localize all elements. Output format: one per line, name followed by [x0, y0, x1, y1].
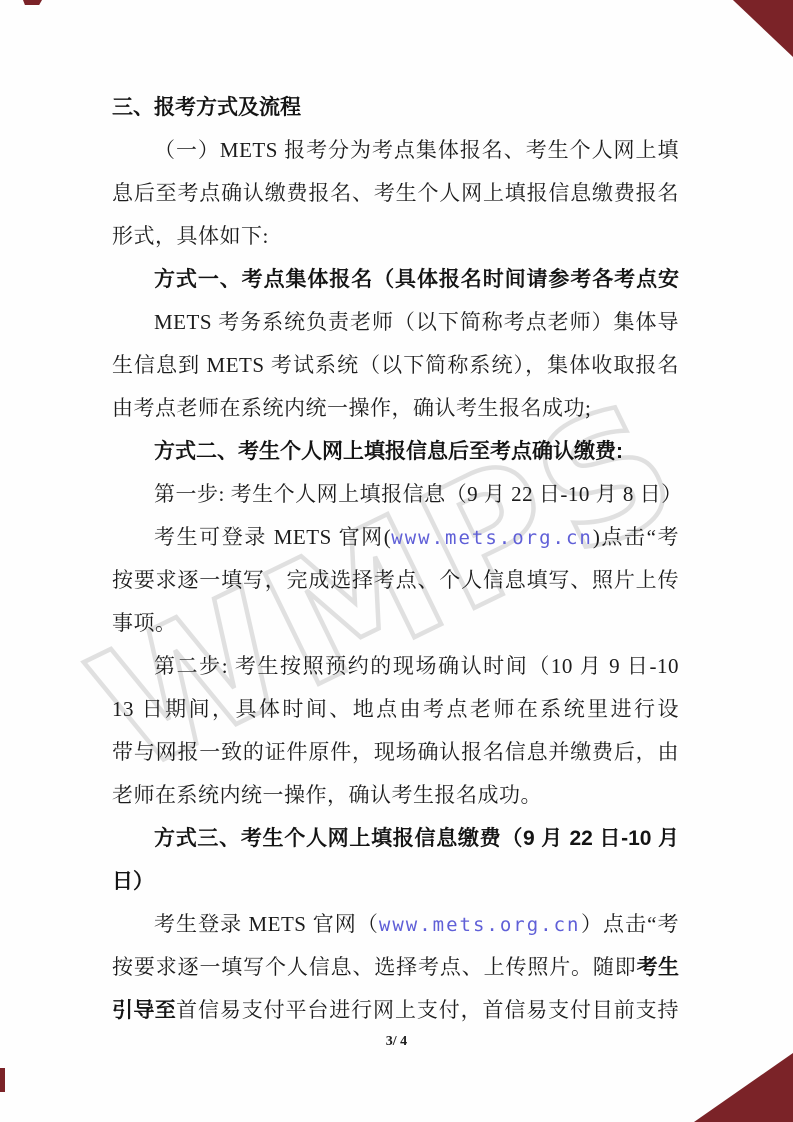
scan-artifact-top-left: [23, 0, 42, 5]
scan-artifact-top-right: [716, 0, 793, 57]
text-segment: 形式，具体如下:: [112, 224, 269, 248]
text-line: 老师在系统内统一操作，确认考生报名成功。: [112, 774, 679, 817]
text-line: 13 日期间，具体时间、地点由考点老师在系统里进行设置），携: [112, 688, 679, 731]
text-line: 方式二、考生个人网上填报信息后至考点确认缴费:: [112, 430, 679, 473]
text-segment: 息后至考点确认缴费报名、考生个人网上填报信息缴费报名三种: [112, 181, 679, 215]
text-line: 带与网报一致的证件原件，现场确认报名信息并缴费后，由考点: [112, 731, 679, 774]
document-page: WMPS 三、报考方式及流程（一）METS 报考分为考点集体报名、考生个人网上填…: [0, 0, 793, 1122]
mets-website-link[interactable]: www.mets.org.cn: [379, 914, 581, 936]
text-segment: 老师在系统内统一操作，确认考生报名成功。: [112, 783, 542, 807]
text-segment: 13 日期间，具体时间、地点由考点老师在系统里进行设置），携: [112, 697, 679, 731]
text-segment: 首信易支付平台进行网上支付，首信易支付目前支持银行: [112, 998, 679, 1032]
bold-text-segment: 方式二、考生个人网上填报信息后至考点确认缴费:: [154, 440, 623, 463]
bold-text-segment: 方式三、考生个人网上填报信息缴费（9 月 22 日-10 月 13: [154, 827, 679, 860]
text-line: 方式一、考点集体报名（具体报名时间请参考各考点安排）:: [112, 258, 679, 301]
text-segment: 由考点老师在系统内统一操作，确认考生报名成功;: [112, 396, 591, 420]
scan-artifact-bottom-right: [694, 1053, 793, 1122]
text-segment: 考生可登录 METS 官网(: [154, 525, 391, 549]
text-line: 按要求逐一填写，完成选择考点、个人信息填写、照片上传等: [112, 559, 679, 602]
text-line: 按要求逐一填写个人信息、选择考点、上传照片。随即考生将被: [112, 946, 679, 989]
scan-artifact-left-edge: [0, 1068, 5, 1092]
text-segment: 第二步: 考生按照预约的现场确认时间（10 月 9 日-10 月: [154, 654, 679, 688]
text-line: 息后至考点确认缴费报名、考生个人网上填报信息缴费报名三种: [112, 172, 679, 215]
text-line: 方式三、考生个人网上填报信息缴费（9 月 22 日-10 月 13: [112, 817, 679, 860]
text-segment: 按要求逐一填写个人信息、选择考点、上传照片。随即: [112, 955, 637, 979]
bold-text-segment: 三、报考方式及流程: [112, 96, 301, 119]
text-segment: 生信息到 METS 考试系统（以下简称系统），集体收取报名费后，: [112, 353, 679, 387]
text-line: METS 考务系统负责老师（以下简称考点老师）集体导入考: [112, 301, 679, 344]
text-segment: 事项。: [112, 611, 177, 635]
text-segment: METS 考务系统负责老师（以下简称考点老师）集体导入考: [154, 310, 679, 344]
text-segment: 带与网报一致的证件原件，现场确认报名信息并缴费后，由考点: [112, 740, 679, 774]
text-line: （一）METS 报考分为考点集体报名、考生个人网上填报信: [112, 129, 679, 172]
text-segment: （一）METS 报考分为考点集体报名、考生个人网上填报信: [154, 138, 679, 172]
bold-text-segment: 方式一、考点集体报名（具体报名时间请参考各考点安排）:: [154, 268, 679, 301]
text-segment: 第一步: 考生个人网上填报信息（9 月 22 日-10 月 8 日）: [154, 482, 683, 506]
text-line: 引导至首信易支付平台进行网上支付，首信易支付目前支持银行: [112, 989, 679, 1032]
text-line: 事项。: [112, 602, 679, 645]
text-line: 考生登录 METS 官网（www.mets.org.cn）点击“考试报名”，: [112, 903, 679, 946]
text-line: 三、报考方式及流程: [112, 86, 679, 129]
text-line: 日）: [112, 860, 679, 903]
text-line: 形式，具体如下:: [112, 215, 679, 258]
document-lines: 三、报考方式及流程（一）METS 报考分为考点集体报名、考生个人网上填报信息后至…: [112, 86, 679, 1032]
text-segment: 按要求逐一填写，完成选择考点、个人信息填写、照片上传等: [112, 568, 679, 602]
mets-website-link[interactable]: www.mets.org.cn: [391, 527, 593, 549]
text-line: 由考点老师在系统内统一操作，确认考生报名成功;: [112, 387, 679, 430]
bold-text-segment: 日）: [112, 870, 154, 893]
text-line: 考生可登录 METS 官网(www.mets.org.cn)点击“考试报名”，: [112, 516, 679, 559]
text-line: 第二步: 考生按照预约的现场确认时间（10 月 9 日-10 月: [112, 645, 679, 688]
text-line: 第一步: 考生个人网上填报信息（9 月 22 日-10 月 8 日）: [112, 473, 679, 516]
text-line: 生信息到 METS 考试系统（以下简称系统），集体收取报名费后，: [112, 344, 679, 387]
page-number: 3/ 4: [0, 1034, 793, 1050]
text-segment: 考生登录 METS 官网（: [154, 912, 379, 936]
bold-text-segment: 引导至: [112, 999, 176, 1022]
